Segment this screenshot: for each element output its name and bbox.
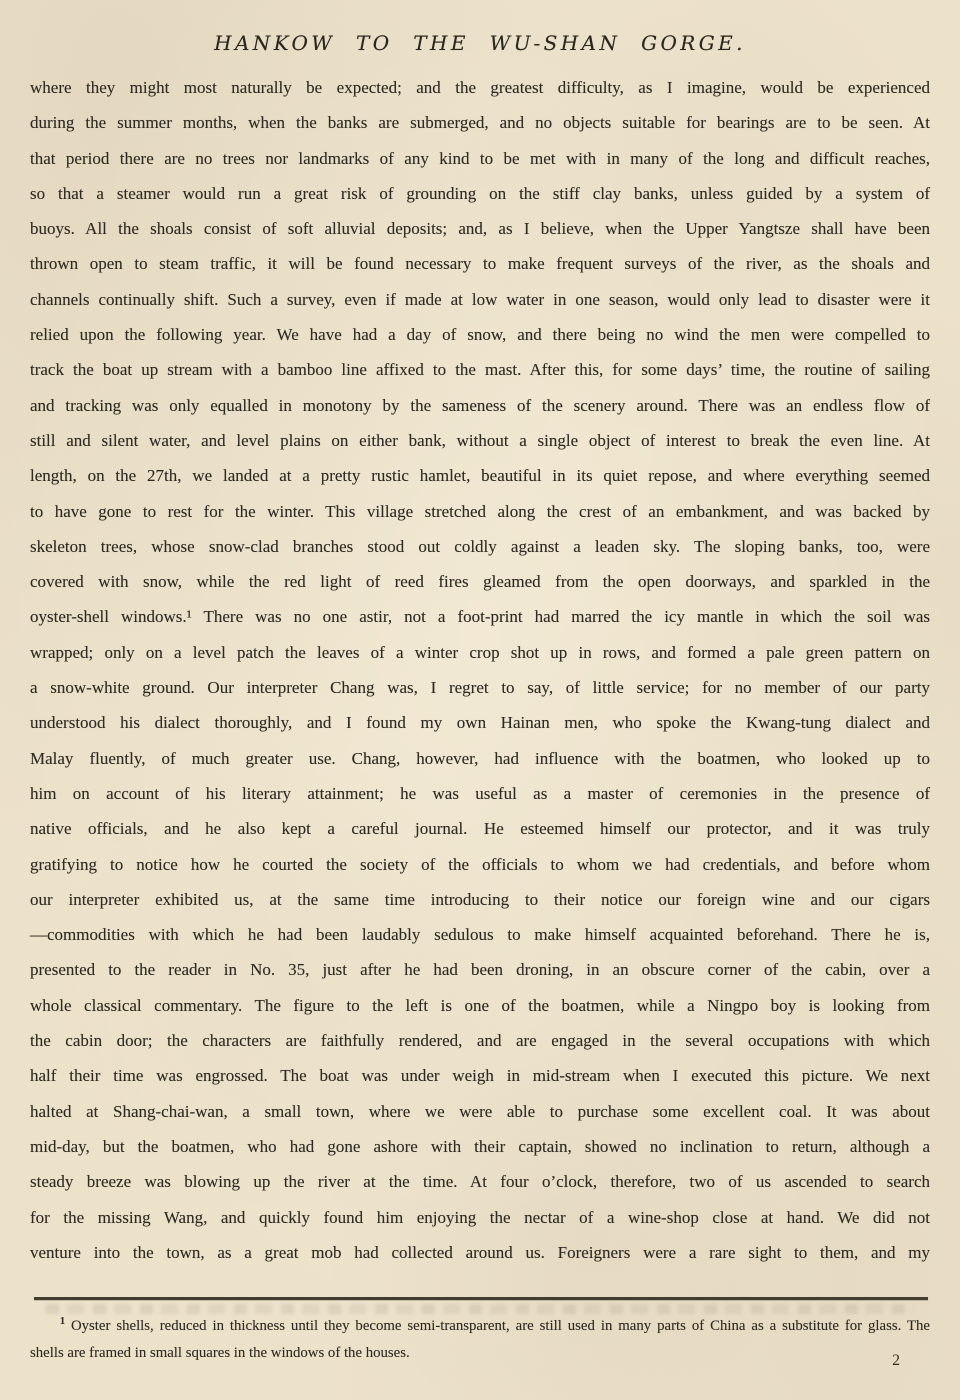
text-line: so that a steamer would run a great risk… — [30, 176, 930, 211]
text-line: presented to the reader in No. 35, just … — [30, 952, 930, 987]
text-line: where they might most naturally be expec… — [30, 70, 930, 105]
text-line: that period there are no trees nor landm… — [30, 141, 930, 176]
footnote: 1 Oyster shells, reduced in thickness un… — [30, 1313, 930, 1366]
footnote-line: shells are framed in small squares in th… — [30, 1340, 930, 1367]
footnote-marker: 1 — [60, 1316, 65, 1327]
text-line: him on account of his literary attainmen… — [30, 776, 930, 811]
text-line: gratifying to notice how he courted the … — [30, 847, 930, 882]
footnote-line: 1 Oyster shells, reduced in thickness un… — [30, 1313, 930, 1340]
text-line: buoys. All the shoals consist of soft al… — [30, 211, 930, 246]
text-line: halted at Shang-chai-wan, a small town, … — [30, 1094, 930, 1129]
text-line: relied upon the following year. We have … — [30, 317, 930, 352]
text-line: covered with snow, while the red light o… — [30, 564, 930, 599]
text-line: to have gone to rest for the winter. Thi… — [30, 494, 930, 529]
text-line: our interpreter exhibited us, at the sam… — [30, 882, 930, 917]
text-line: Malay fluently, of much greater use. Cha… — [30, 741, 930, 776]
text-line: length, on the 27th, we landed at a pret… — [30, 458, 930, 493]
footnote-divider — [34, 1297, 928, 1300]
text-line: a snow-white ground. Our interpreter Cha… — [30, 670, 930, 705]
text-line: —commodities with which he had been laud… — [30, 917, 930, 952]
text-line: oyster-shell windows.¹ There was no one … — [30, 599, 930, 634]
text-line: mid-day, but the boatmen, who had gone a… — [30, 1129, 930, 1164]
scanned-book-page: HANKOW TO THE WU-SHAN GORGE. where they … — [0, 0, 960, 1400]
text-line: during the summer months, when the banks… — [30, 105, 930, 140]
text-line: channels continually shift. Such a surve… — [30, 282, 930, 317]
page-title: HANKOW TO THE WU-SHAN GORGE. — [0, 31, 960, 55]
text-line: skeleton trees, whose snow-clad branches… — [30, 529, 930, 564]
text-line: understood his dialect thoroughly, and I… — [30, 705, 930, 740]
text-line: for the missing Wang, and quickly found … — [30, 1200, 930, 1235]
text-line: wrapped; only on a level patch the leave… — [30, 635, 930, 670]
text-line: thrown open to steam traffic, it will be… — [30, 246, 930, 281]
text-line: track the boat up stream with a bamboo l… — [30, 352, 930, 387]
text-line: native officials, and he also kept a car… — [30, 811, 930, 846]
text-line: steady breeze was blowing up the river a… — [30, 1164, 930, 1199]
page-number: 2 — [892, 1352, 900, 1370]
text-line: still and silent water, and level plains… — [30, 423, 930, 458]
text-line: half their time was engrossed. The boat … — [30, 1058, 930, 1093]
footnote-text: Oyster shells, reduced in thickness unti… — [71, 1318, 930, 1334]
text-line: and tracking was only equalled in monoto… — [30, 388, 930, 423]
text-line: the cabin door; the characters are faith… — [30, 1023, 930, 1058]
text-line: venture into the town, as a great mob ha… — [30, 1235, 930, 1270]
body-text: where they might most naturally be expec… — [30, 70, 930, 1270]
text-line: whole classical commentary. The figure t… — [30, 988, 930, 1023]
